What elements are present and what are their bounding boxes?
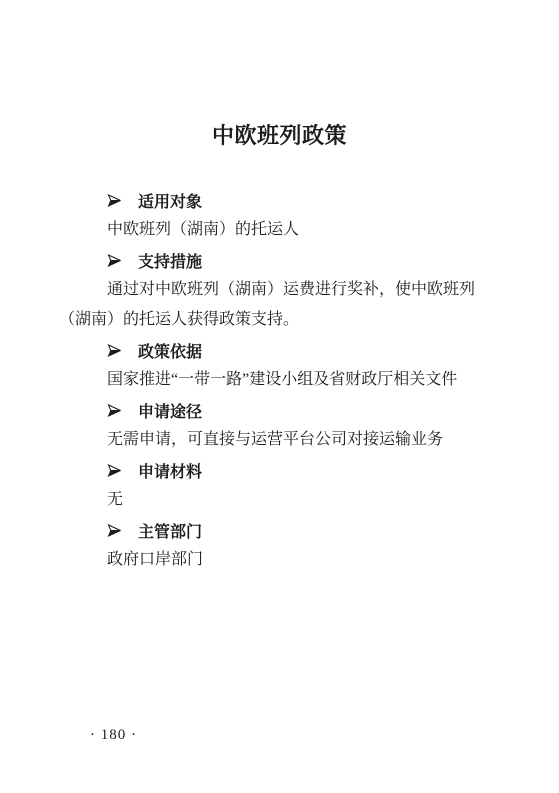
section-body-line: 政府口岸部门 [59,545,517,575]
section-heading-application-channel: 申请途径 [107,395,517,425]
arrow-bullet-icon [107,524,122,537]
section-body-line: 中欧班列（湖南）的托运人 [59,215,517,245]
arrow-bullet-icon [107,404,122,417]
section-body-line: 无需申请，可直接与运营平台公司对接运输业务 [59,425,517,455]
arrow-bullet-icon [107,464,122,477]
arrow-bullet-icon [107,194,122,207]
section-heading-label: 支持措施 [138,249,202,272]
document-page: 中欧班列政策 适用对象 中欧班列（湖南）的托运人 支持措施 通过对中欧班 [0,0,559,793]
arrow-bullet-icon [107,344,122,357]
section-heading-label: 主管部门 [138,519,202,542]
arrow-bullet-icon [107,254,122,267]
section-heading-label: 申请途径 [138,399,202,422]
section-heading-label: 申请材料 [138,459,202,482]
section-body-line: 无 [59,485,517,515]
page-number: · 180 · [90,724,137,746]
section-heading-support-measures: 支持措施 [107,245,517,275]
page-title: 中欧班列政策 [0,0,559,152]
section-body-line: 国家推进“一带一路”建设小组及省财政厅相关文件 [59,365,517,395]
section-body-line: 通过对中欧班列（湖南）运费进行奖补，使中欧班列 [59,275,517,305]
section-heading-label: 适用对象 [138,189,202,212]
section-heading-applicable-targets: 适用对象 [107,185,517,215]
section-heading-application-materials: 申请材料 [107,455,517,485]
section-heading-competent-department: 主管部门 [107,515,517,545]
section-body-line: （湖南）的托运人获得政策支持。 [59,305,517,335]
document-content: 适用对象 中欧班列（湖南）的托运人 支持措施 通过对中欧班列（湖南）运费进行奖补… [0,185,559,575]
section-heading-policy-basis: 政策依据 [107,335,517,365]
section-heading-label: 政策依据 [138,339,202,362]
